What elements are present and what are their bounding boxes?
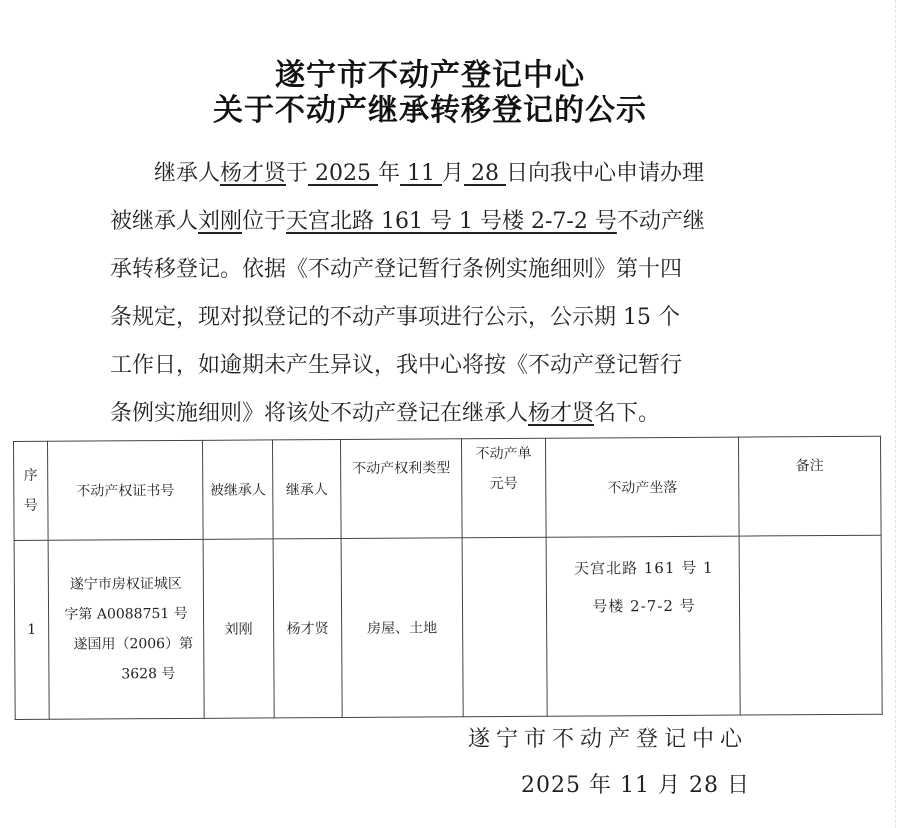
cell-cert-no: 遂宁市房权证城区 字第 A0088751 号 遂国用（2006）第 3628 号 xyxy=(48,539,204,719)
header-decedent: 被继承人 xyxy=(202,440,273,539)
title-subject: 关于不动产继承转移登记的公示 xyxy=(0,85,860,129)
cell-decedent: 刘刚 xyxy=(203,539,274,718)
body-line-6: 条例实施细则》将该处不动产登记在继承人杨才贤名下。 xyxy=(110,390,770,438)
decedent-name: 刘刚 xyxy=(198,209,242,234)
registration-table: 序 号 不动产权证书号 被继承人 继承人 不动产权利类型 不动产单 元号 不动产… xyxy=(13,436,883,720)
property-address: 天宫北路 161 号 1 号楼 2-7-2 号 xyxy=(286,209,617,234)
header-remark: 备注 xyxy=(738,436,881,536)
notice-body: 继承人杨才贤于 2025 年 11 月 28 日向我中心申请办理 被继承人刘刚位… xyxy=(110,150,770,438)
cell-location: 天宫北路 161 号 1 号楼 2-7-2 号 xyxy=(546,536,740,716)
header-right-type: 不动产权利类型 xyxy=(340,439,462,539)
issue-date: 2025 年 11 月 28 日 xyxy=(521,768,750,799)
cell-heir: 杨才贤 xyxy=(273,538,342,717)
header-location: 不动产坐落 xyxy=(545,437,739,537)
cell-remark xyxy=(739,535,882,715)
table-row: 1 遂宁市房权证城区 字第 A0088751 号 遂国用（2006）第 3628… xyxy=(14,535,882,719)
issuer-signature: 遂宁市不动产登记中心 xyxy=(468,722,748,753)
heir-name-2: 杨才贤 xyxy=(528,401,594,426)
cell-unit-no xyxy=(462,537,547,717)
body-line-2: 被继承人刘刚位于天宫北路 161 号 1 号楼 2-7-2 号不动产继 xyxy=(110,198,770,246)
table-header-row: 序 号 不动产权证书号 被继承人 继承人 不动产权利类型 不动产单 元号 不动产… xyxy=(14,436,882,540)
heir-name: 杨才贤 xyxy=(220,161,286,186)
apply-year: 2025 xyxy=(308,161,378,186)
body-line-1: 继承人杨才贤于 2025 年 11 月 28 日向我中心申请办理 xyxy=(110,150,770,198)
page-edge-divider xyxy=(895,0,898,828)
header-heir: 继承人 xyxy=(272,439,341,538)
header-cert-no: 不动产权证书号 xyxy=(48,440,204,540)
apply-day: 28 xyxy=(464,161,506,186)
body-line-4: 条规定，现对拟登记的不动产事项进行公示，公示期 15 个 xyxy=(110,294,770,342)
header-unit-no: 不动产单 元号 xyxy=(461,438,546,538)
cell-right-type: 房屋、土地 xyxy=(341,538,463,718)
body-line-3: 承转移登记。依据《不动产登记暂行条例实施细则》第十四 xyxy=(110,246,770,294)
cell-seq: 1 xyxy=(14,540,49,719)
apply-month: 11 xyxy=(400,161,442,186)
header-seq: 序 号 xyxy=(14,441,49,540)
body-line-5: 工作日，如逾期未产生异议，我中心将按《不动产登记暂行 xyxy=(110,342,770,390)
